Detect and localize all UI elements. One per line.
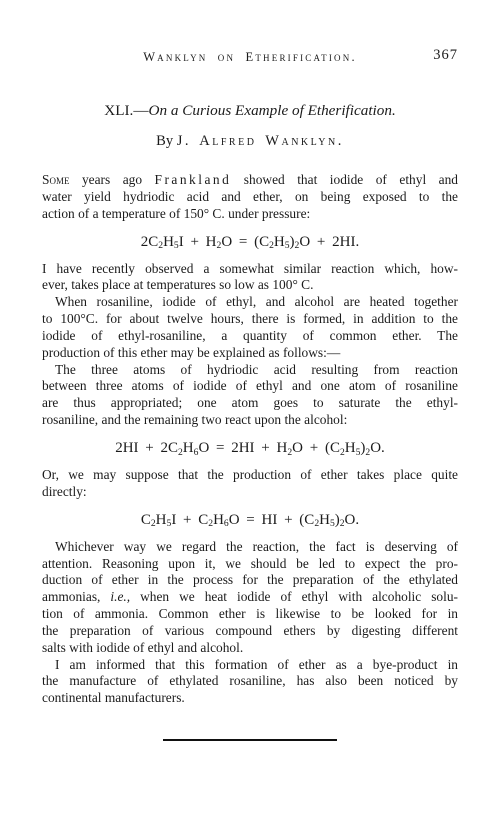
text-segment: ammonias, <box>42 589 110 604</box>
formula-text: H <box>183 440 194 456</box>
formula-text: O = HI + (C <box>229 512 315 528</box>
subscript: 2 <box>287 447 292 458</box>
text-line: the manufacture of ethylated rosaniline,… <box>42 673 458 690</box>
formula-text: H <box>163 234 174 250</box>
author-name: J. Alfred Wanklyn. <box>177 133 344 149</box>
text-line: action of a temperature of 150° C. under… <box>42 206 458 223</box>
formula-text: I + C <box>171 512 208 528</box>
text-line: water yield hydriodic acid and ether, on… <box>42 189 458 206</box>
formula-text: H <box>319 512 330 528</box>
subscript: 5 <box>174 240 179 251</box>
paragraph-4: The three atoms of hydriodic acid result… <box>42 362 458 429</box>
formula-text: H <box>345 440 356 456</box>
text-line: Or, we may suppose that the production o… <box>42 467 458 484</box>
article-number: XLI.— <box>104 102 148 119</box>
running-title: Wanklyn on Etherification. <box>42 50 458 65</box>
journal-page: Wanklyn on Etherification. 367 XLI.—On a… <box>0 0 500 825</box>
latin-abbreviation: i.e., <box>110 589 130 604</box>
text-line: I have recently observed a somewhat simi… <box>42 261 458 278</box>
text-line: ammonias, i.e., when we heat iodide of e… <box>42 589 458 606</box>
formula-text: H <box>274 234 285 250</box>
formula-text: 2HI + 2C <box>115 440 178 456</box>
formula-text: C <box>141 512 151 528</box>
subscript: 2 <box>365 447 370 458</box>
text-line: The three atoms of hydriodic acid result… <box>42 362 458 379</box>
text-line: the preparation of various compound ethe… <box>42 623 458 640</box>
subscript: 5 <box>167 518 172 529</box>
text-line: between three atoms of iodide of ethyl a… <box>42 378 458 395</box>
text-line: rosaniline, and the remaining two react … <box>42 412 458 429</box>
formula-text: O = (C <box>221 234 269 250</box>
byline: By J. Alfred Wanklyn. <box>42 133 458 150</box>
formula-text: O. <box>370 440 385 456</box>
formula-text: ) <box>335 512 340 528</box>
paragraph-1: Some years ago Frankland showed that iod… <box>42 172 458 223</box>
paragraph-6: Whichever way we regard the reaction, th… <box>42 539 458 657</box>
text-line: tion of ammonia. Common ether is likewis… <box>42 606 458 623</box>
lead-word: Some <box>42 172 69 187</box>
subscript: 6 <box>224 518 229 529</box>
page-header: Wanklyn on Etherification. 367 <box>42 50 458 65</box>
text-line: iodide of ethyl-rosaniline, a quantity o… <box>42 328 458 345</box>
byline-prefix: By <box>156 133 177 149</box>
chemical-equation-3: C2H5I + C2H6O = HI + (C2H5)2O. <box>42 510 458 530</box>
text-segment: when we heat iodide of ethyl with alcoho… <box>130 589 458 604</box>
article-title: XLI.—On a Curious Example of Etherificat… <box>42 101 458 120</box>
text-line: Whichever way we regard the reaction, th… <box>42 539 458 556</box>
text-line: are thus appropriated; one atom goes to … <box>42 395 458 412</box>
subscript: 5 <box>356 447 361 458</box>
section-end-rule <box>163 739 337 741</box>
text-line: duction of ether in the process for the … <box>42 572 458 589</box>
formula-text: O. <box>345 512 360 528</box>
text-line: continental manufacturers. <box>42 690 458 707</box>
chemical-equation-2: 2HI + 2C2H6O = 2HI + H2O + (C2H5)2O. <box>42 438 458 458</box>
subscript: 5 <box>330 518 335 529</box>
paragraph-3: When rosaniline, iodide of ethyl, and al… <box>42 294 458 361</box>
text-segment: showed that iodide of ethyl and <box>231 172 458 187</box>
subscript: 2 <box>208 518 213 529</box>
page-number: 367 <box>433 47 458 64</box>
article-title-text: On a Curious Example of Etherification. <box>149 102 396 119</box>
text-line: ever, takes place at temperatures so low… <box>42 277 458 294</box>
subscript: 2 <box>314 518 319 529</box>
text-segment: years ago <box>69 172 154 187</box>
subscript: 6 <box>194 447 199 458</box>
subscript: 2 <box>269 240 274 251</box>
subscript: 5 <box>285 240 290 251</box>
text-line: production of this ether may be explaine… <box>42 345 458 362</box>
paragraph-5: Or, we may suppose that the production o… <box>42 467 458 501</box>
text-line: salts with iodide of ethyl and alcohol. <box>42 640 458 657</box>
text-line: directly: <box>42 484 458 501</box>
chemical-equation-1: 2C2H5I + H2O = (C2H5)2O + 2HI. <box>42 232 458 252</box>
text-line: I am informed that this formation of eth… <box>42 657 458 674</box>
subscript: 2 <box>178 447 183 458</box>
formula-text: O + 2HI. <box>299 234 359 250</box>
subscript: 2 <box>217 240 222 251</box>
article-body: Some years ago Frankland showed that iod… <box>42 172 458 707</box>
subscript: 2 <box>158 240 163 251</box>
text-line: to 100°C. for about twelve hours, there … <box>42 311 458 328</box>
person-name: Frankland <box>155 172 232 187</box>
formula-text: O = 2HI + H <box>198 440 287 456</box>
paragraph-7: I am informed that this formation of eth… <box>42 657 458 708</box>
subscript: 2 <box>340 518 345 529</box>
formula-text: H <box>213 512 224 528</box>
text-line: When rosaniline, iodide of ethyl, and al… <box>42 294 458 311</box>
subscript: 2 <box>340 447 345 458</box>
formula-text: 2C <box>141 234 159 250</box>
subscript: 2 <box>151 518 156 529</box>
formula-text: ) <box>290 234 295 250</box>
subscript: 2 <box>295 240 300 251</box>
text-line: Some years ago Frankland showed that iod… <box>42 172 458 189</box>
formula-text: I + H <box>179 234 217 250</box>
formula-text: H <box>156 512 167 528</box>
paragraph-2: I have recently observed a somewhat simi… <box>42 261 458 295</box>
text-line: attention. Reasoning upon it, we should … <box>42 556 458 573</box>
formula-text: O + (C <box>292 440 340 456</box>
